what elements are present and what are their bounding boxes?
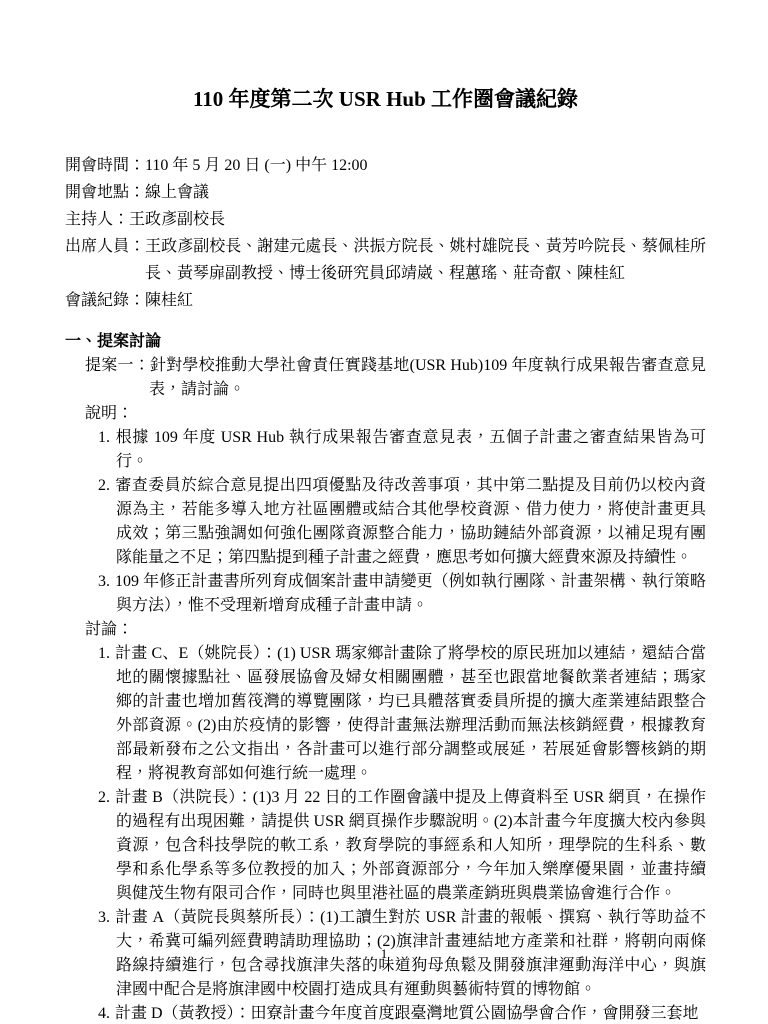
explanation-item-3: 3.109 年修正計畫書所列育成個案計畫申請變更（例如執行團隊、計畫架構、執行策… — [98, 570, 706, 618]
item-text: 審查委員於綜合意見提出四項優點及待改善事項，其中第二點提及目前仍以校內資源為主，… — [115, 477, 706, 566]
proposal-label: 提案一： — [85, 357, 150, 374]
meta-attendees-label: 出席人員： — [65, 238, 145, 255]
meta-line-location: 開會地點：線上會議 — [65, 179, 706, 206]
item-number: 1. — [98, 429, 110, 446]
discussion-item-1: 1.計畫 C、E（姚院長）：(1) USR 瑪家鄉計畫除了將學校的原民班加以連結… — [98, 642, 706, 786]
meta-recorder-label: 會議紀錄： — [65, 292, 145, 309]
meta-host-label: 主持人： — [65, 211, 129, 228]
meta-line-recorder: 會議紀錄：陳桂紅 — [65, 287, 706, 314]
page-number: 1 — [0, 942, 768, 966]
meta-line-time: 開會時間：110 年 5 月 20 日 (一) 中午 12:00 — [65, 152, 706, 179]
item-number: 4. — [98, 1005, 110, 1022]
proposal-line: 提案一：針對學校推動大學社會責任實踐基地(USR Hub)109 年度執行成果報… — [85, 354, 706, 402]
meta-block: 開會時間：110 年 5 月 20 日 (一) 中午 12:00 開會地點：線上… — [65, 152, 706, 314]
item-number: 2. — [98, 477, 110, 494]
item-text: 計畫 B（洪院長）：(1)3 月 22 日的工作圈會議中提及上傳資料至 USR … — [115, 789, 706, 902]
explanation-list: 1.根據 109 年度 USR Hub 執行成果報告審查意見表，五個子計畫之審查… — [98, 426, 706, 618]
item-text: 計畫 D（黃教授）：田寮計畫今年度首度跟臺灣地質公園協學會合作，會開發三套地 — [115, 1005, 699, 1022]
document-page: 110 年度第二次 USR Hub 工作圈會議紀錄 開會時間：110 年 5 月… — [0, 0, 768, 1024]
meta-line-attendees: 出席人員：王政彥副校長、謝建元處長、洪振方院長、姚村雄院長、黃芳吟院長、蔡佩桂所… — [65, 233, 706, 287]
discussion-label: 討論： — [85, 618, 706, 642]
discussion-item-4: 4.計畫 D（黃教授）：田寮計畫今年度首度跟臺灣地質公園協學會合作，會開發三套地 — [98, 1002, 706, 1024]
meta-recorder-value: 陳桂紅 — [145, 292, 193, 309]
explanation-item-1: 1.根據 109 年度 USR Hub 執行成果報告審查意見表，五個子計畫之審查… — [98, 426, 706, 474]
explanation-label: 說明： — [85, 402, 706, 426]
explanation-item-2: 2.審查委員於綜合意見提出四項優點及待改善事項，其中第二點提及目前仍以校內資源為… — [98, 474, 706, 570]
meta-line-host: 主持人：王政彥副校長 — [65, 206, 706, 233]
section-heading: 一、提案討論 — [65, 330, 706, 354]
meta-host-value: 王政彥副校長 — [129, 211, 225, 228]
meta-location-value: 線上會議 — [145, 184, 209, 201]
meta-location-label: 開會地點： — [65, 184, 145, 201]
discussion-list: 1.計畫 C、E（姚院長）：(1) USR 瑪家鄉計畫除了將學校的原民班加以連結… — [98, 642, 706, 1024]
meta-time-value: 110 年 5 月 20 日 (一) 中午 12:00 — [145, 157, 368, 174]
item-number: 1. — [98, 645, 110, 662]
item-text: 根據 109 年度 USR Hub 執行成果報告審查意見表，五個子計畫之審查結果… — [115, 429, 706, 470]
item-number: 3. — [98, 573, 110, 590]
item-number: 2. — [98, 789, 110, 806]
item-number: 3. — [98, 909, 110, 926]
item-text: 計畫 C、E（姚院長）：(1) USR 瑪家鄉計畫除了將學校的原民班加以連結，還… — [115, 645, 706, 782]
item-text: 109 年修正計畫書所列育成個案計畫申請變更（例如執行團隊、計畫架構、執行策略與… — [115, 573, 706, 614]
discussion-item-2: 2.計畫 B（洪院長）：(1)3 月 22 日的工作圈會議中提及上傳資料至 US… — [98, 786, 706, 906]
document-title: 110 年度第二次 USR Hub 工作圈會議紀錄 — [65, 86, 706, 112]
proposal-text: 針對學校推動大學社會責任實踐基地(USR Hub)109 年度執行成果報告審查意… — [149, 357, 706, 398]
meta-attendees-value: 王政彥副校長、謝建元處長、洪振方院長、姚村雄院長、黃芳吟院長、蔡佩桂所長、黃琴扉… — [145, 238, 706, 282]
meta-time-label: 開會時間： — [65, 157, 145, 174]
